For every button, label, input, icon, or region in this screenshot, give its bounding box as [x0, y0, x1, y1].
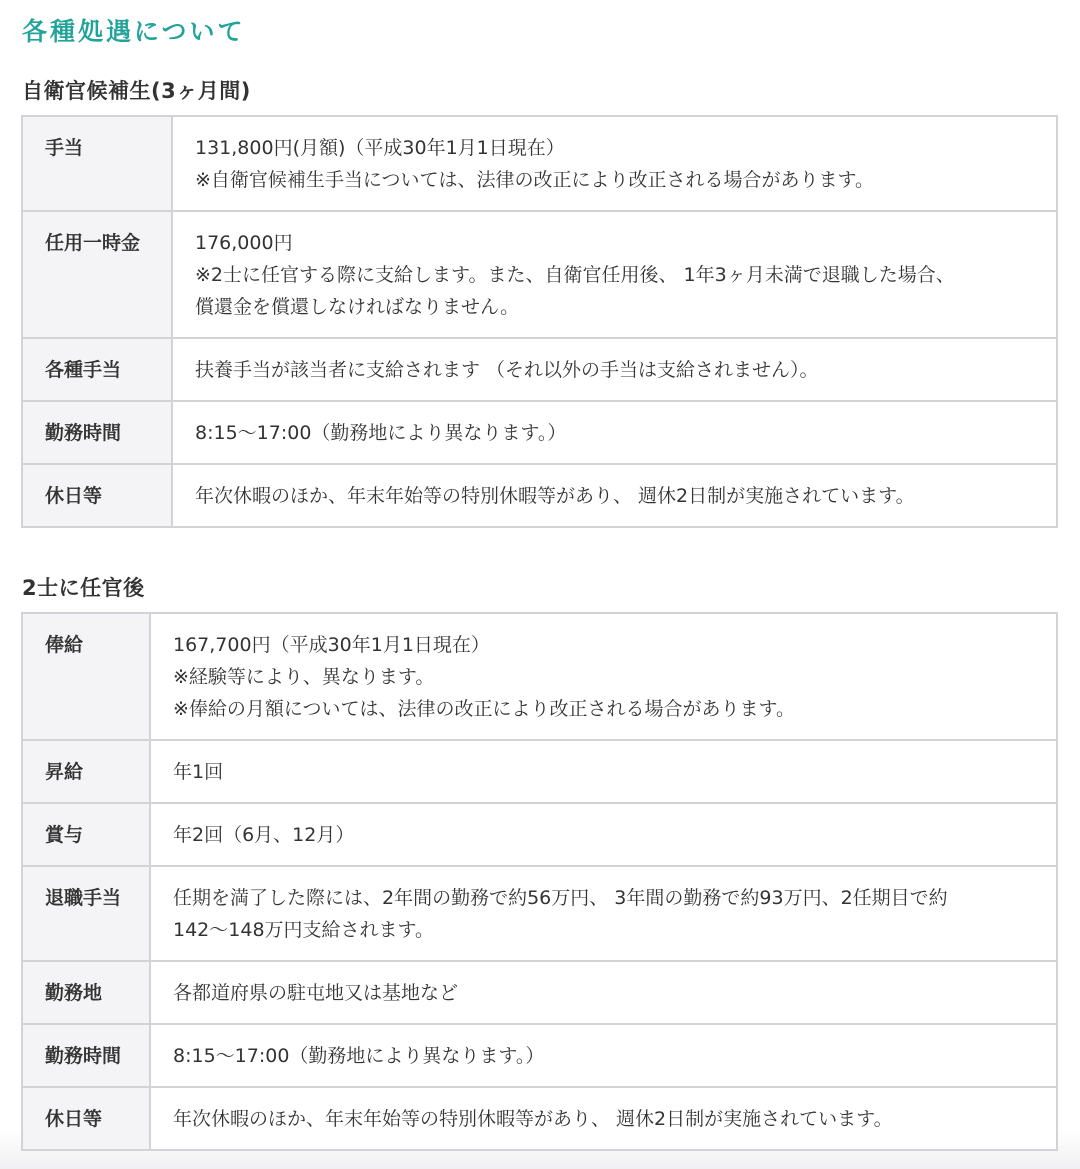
table-row: 勤務地 各都道府県の駐屯地又は基地など [22, 961, 1057, 1024]
table-row: 賞与 年2回（6月、12月） [22, 803, 1057, 866]
row-label: 昇給 [22, 740, 150, 803]
table-row: 昇給 年1回 [22, 740, 1057, 803]
row-value-line: 176,000円 [195, 227, 1034, 259]
table-row: 勤務時間 8:15～17:00（勤務地により異なります。） [22, 1024, 1057, 1087]
row-value: 8:15～17:00（勤務地により異なります。） [150, 1024, 1057, 1087]
row-value: 任期を満了した際には、2年間の勤務で約56万円、 3年間の勤務で約93万円、2任… [150, 866, 1057, 961]
table-row: 休日等 年次休暇のほか、年末年始等の特別休暇等があり、 週休2日制が実施されてい… [22, 1087, 1057, 1150]
row-value-line: 131,800円(月額)（平成30年1月1日現在） [195, 132, 1034, 164]
row-value-line: 8:15～17:00（勤務地により異なります。） [195, 417, 1034, 449]
row-value: 年1回 [150, 740, 1057, 803]
row-value-line: 任期を満了した際には、2年間の勤務で約56万円、 3年間の勤務で約93万円、2任… [173, 882, 1034, 914]
row-value: 年次休暇のほか、年末年始等の特別休暇等があり、 週休2日制が実施されています。 [150, 1087, 1057, 1150]
row-value: 年次休暇のほか、年末年始等の特別休暇等があり、 週休2日制が実施されています。 [172, 464, 1057, 527]
row-value-line: 各都道府県の駐屯地又は基地など [173, 977, 1034, 1009]
candidate-benefits-table: 手当 131,800円(月額)（平成30年1月1日現在） ※自衛官候補生手当につ… [21, 115, 1058, 528]
row-label: 賞与 [22, 803, 150, 866]
row-label: 勤務時間 [22, 401, 172, 464]
table-row: 各種手当 扶養手当が該当者に支給されます （それ以外の手当は支給されません）。 [22, 338, 1057, 401]
page: 各種処遇について 自衛官候補生(3ヶ月間) 手当 131,800円(月額)（平成… [0, 0, 1080, 1169]
row-value: 年2回（6月、12月） [150, 803, 1057, 866]
page-title: 各種処遇について [22, 12, 246, 48]
table-row: 任用一時金 176,000円 ※2士に任官する際に支給します。また、自衛官任用後… [22, 211, 1057, 338]
row-value: 167,700円（平成30年1月1日現在） ※経験等により、異なります。 ※俸給… [150, 613, 1057, 740]
after-appointment-benefits-table: 俸給 167,700円（平成30年1月1日現在） ※経験等により、異なります。 … [21, 612, 1058, 1151]
row-label: 任用一時金 [22, 211, 172, 338]
row-value: 扶養手当が該当者に支給されます （それ以外の手当は支給されません）。 [172, 338, 1057, 401]
row-label: 手当 [22, 116, 172, 211]
row-label: 退職手当 [22, 866, 150, 961]
row-value: 8:15～17:00（勤務地により異なります。） [172, 401, 1057, 464]
row-label: 休日等 [22, 464, 172, 527]
row-label: 勤務地 [22, 961, 150, 1024]
row-value-line: 年2回（6月、12月） [173, 819, 1034, 851]
row-value-line: 扶養手当が該当者に支給されます （それ以外の手当は支給されません）。 [195, 354, 1034, 386]
table-row: 休日等 年次休暇のほか、年末年始等の特別休暇等があり、 週休2日制が実施されてい… [22, 464, 1057, 527]
row-value-line: 167,700円（平成30年1月1日現在） [173, 629, 1034, 661]
row-label: 各種手当 [22, 338, 172, 401]
row-label: 休日等 [22, 1087, 150, 1150]
row-value-line: ※経験等により、異なります。 [173, 661, 1034, 693]
row-value-line: 8:15～17:00（勤務地により異なります。） [173, 1040, 1034, 1072]
row-value-line: ※2士に任官する際に支給します。また、自衛官任用後、 1年3ヶ月未満で退職した場… [195, 259, 1034, 291]
row-label: 俸給 [22, 613, 150, 740]
table-row: 手当 131,800円(月額)（平成30年1月1日現在） ※自衛官候補生手当につ… [22, 116, 1057, 211]
row-value: 176,000円 ※2士に任官する際に支給します。また、自衛官任用後、 1年3ヶ… [172, 211, 1057, 338]
table-row: 退職手当 任期を満了した際には、2年間の勤務で約56万円、 3年間の勤務で約93… [22, 866, 1057, 961]
row-value: 各都道府県の駐屯地又は基地など [150, 961, 1057, 1024]
row-value-line: ※俸給の月額については、法律の改正により改正される場合があります。 [173, 693, 1034, 725]
section-title-candidate: 自衛官候補生(3ヶ月間) [22, 75, 251, 105]
row-label: 勤務時間 [22, 1024, 150, 1087]
row-value-line: 年1回 [173, 756, 1034, 788]
row-value-line: 年次休暇のほか、年末年始等の特別休暇等があり、 週休2日制が実施されています。 [173, 1103, 1034, 1135]
table-row: 勤務時間 8:15～17:00（勤務地により異なります。） [22, 401, 1057, 464]
section-title-after-appointment: 2士に任官後 [22, 572, 145, 602]
row-value-line: 償還金を償還しなければなりません。 [195, 291, 1034, 323]
row-value-line: 年次休暇のほか、年末年始等の特別休暇等があり、 週休2日制が実施されています。 [195, 480, 1034, 512]
row-value-line: 142～148万円支給されます。 [173, 914, 1034, 946]
row-value-line: ※自衛官候補生手当については、法律の改正により改正される場合があります。 [195, 164, 1034, 196]
row-value: 131,800円(月額)（平成30年1月1日現在） ※自衛官候補生手当については… [172, 116, 1057, 211]
table-row: 俸給 167,700円（平成30年1月1日現在） ※経験等により、異なります。 … [22, 613, 1057, 740]
